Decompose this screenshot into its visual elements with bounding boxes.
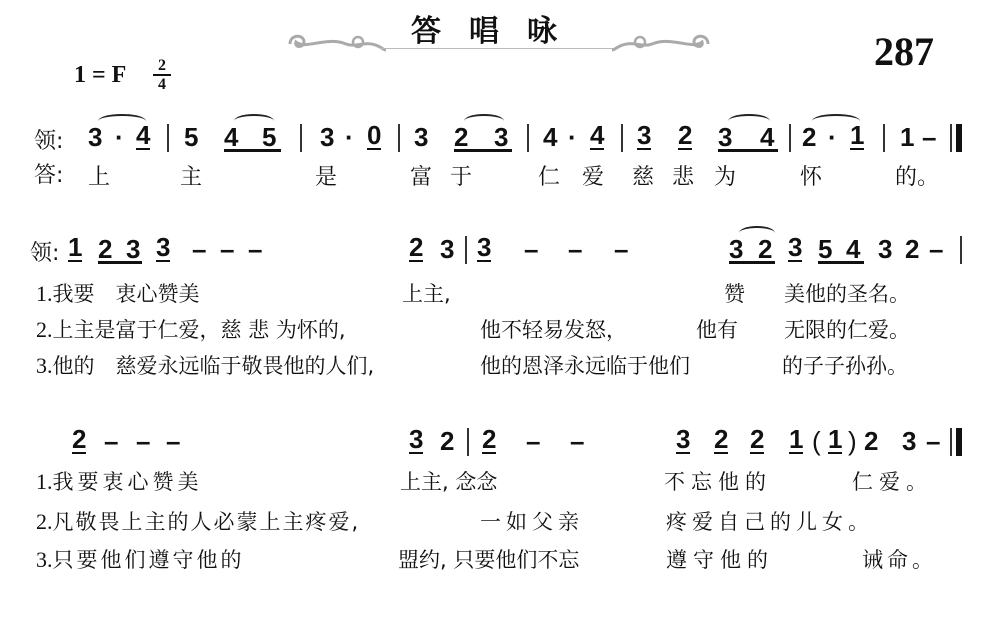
verse-1b-part-c: 不忘他的 bbox=[664, 466, 772, 496]
dash: – bbox=[192, 234, 206, 265]
response-label: 答: bbox=[34, 158, 63, 189]
dot: · bbox=[115, 122, 124, 153]
note: 2 bbox=[714, 426, 728, 454]
note: 4 bbox=[590, 122, 604, 150]
verse-1b: 1.我要衷心赞美 bbox=[36, 466, 203, 496]
lyric: 为 bbox=[714, 160, 736, 191]
dash: – bbox=[929, 234, 943, 265]
note: 3 bbox=[414, 122, 428, 153]
dot: · bbox=[345, 122, 354, 153]
verse-3b: 3.只要他们遵守他的 bbox=[36, 544, 245, 574]
leader-label: 领: bbox=[34, 124, 63, 155]
time-sig-bottom: 4 bbox=[152, 77, 172, 92]
lyric: 于 bbox=[450, 160, 472, 191]
note: 3 bbox=[878, 234, 892, 265]
lyric: 爱 bbox=[582, 160, 604, 191]
verse-2-part-b: 他不轻易发怒， bbox=[480, 314, 627, 344]
lyric: 怀 bbox=[800, 160, 822, 191]
note: 3 bbox=[440, 234, 454, 265]
note: 2 bbox=[864, 426, 878, 457]
leader-label-2: 领: bbox=[30, 236, 59, 267]
dash: – bbox=[568, 234, 582, 265]
right-ornament-icon bbox=[612, 30, 712, 54]
dash: – bbox=[104, 426, 118, 457]
verse-2b: 2.凡敬畏上主的人必蒙上主疼爱, bbox=[36, 506, 360, 536]
lyric: 主 bbox=[180, 160, 202, 191]
dash: – bbox=[248, 234, 262, 265]
verse-3: 3.他的 慈爱永远临于敬畏他的人们, bbox=[36, 350, 374, 380]
hymn-number: 287 bbox=[874, 28, 934, 75]
note: 4 bbox=[543, 122, 557, 153]
note: 5 bbox=[184, 122, 198, 153]
verse-1b-part-d: 仁爱。 bbox=[852, 466, 933, 496]
lyric: 悲 bbox=[672, 160, 694, 191]
note: 3 bbox=[156, 234, 170, 262]
lyric: 的。 bbox=[895, 160, 939, 191]
note: 2 bbox=[482, 426, 496, 454]
verse-1b-part-b: 上主, 念念 bbox=[400, 466, 497, 496]
dash: – bbox=[166, 426, 180, 457]
dash: – bbox=[922, 122, 936, 153]
verse-3b-part-b: 盟约, 只要他们不忘 bbox=[398, 544, 579, 574]
lyric: 富 bbox=[410, 160, 432, 191]
verse-3-part-d: 的子子孙孙。 bbox=[782, 350, 908, 380]
note: 0 bbox=[367, 122, 381, 150]
note: 1 bbox=[828, 426, 842, 454]
dash: – bbox=[614, 234, 628, 265]
note: 2 bbox=[440, 426, 454, 457]
open-paren: ( bbox=[812, 426, 821, 457]
lyric: 上 bbox=[88, 160, 110, 191]
note: 4 bbox=[136, 122, 150, 150]
dot: · bbox=[568, 122, 577, 153]
lyric: 慈 bbox=[632, 160, 654, 191]
note: 1 bbox=[789, 426, 803, 454]
note: 3 bbox=[320, 122, 334, 153]
time-sig-top: 2 bbox=[152, 58, 172, 73]
verse-1-part-c: 赞 bbox=[724, 278, 745, 308]
dash: – bbox=[220, 234, 234, 265]
note: 1 bbox=[900, 122, 914, 153]
verse-1-part-b: 上主, bbox=[402, 278, 451, 308]
note: 3 bbox=[788, 234, 802, 262]
note: 3 bbox=[477, 234, 491, 262]
dash: – bbox=[526, 426, 540, 457]
note: 2 bbox=[750, 426, 764, 454]
verse-2b-part-c: 疼爱自己的儿女。 bbox=[666, 506, 874, 536]
time-signature: 2 4 bbox=[152, 58, 172, 92]
dash: – bbox=[570, 426, 584, 457]
close-paren: ) bbox=[848, 426, 857, 457]
verse-1: 1.我要 衷心赞美 bbox=[36, 278, 200, 308]
note: 3 bbox=[676, 426, 690, 454]
left-ornament-icon bbox=[286, 30, 386, 54]
verse-2-part-c: 他有 bbox=[696, 314, 738, 344]
dot: · bbox=[828, 122, 837, 153]
lyric: 仁 bbox=[538, 160, 560, 191]
dash: – bbox=[926, 426, 940, 457]
note: 2 bbox=[72, 426, 86, 454]
key-signature: 1 = F bbox=[74, 62, 126, 89]
verse-2b-part-b: 一如父亲 bbox=[480, 506, 584, 536]
verse-3b-part-d: 诫命。 bbox=[862, 544, 937, 574]
hymn-title: 答唱咏 bbox=[0, 6, 996, 50]
dash: – bbox=[136, 426, 150, 457]
note: 2 bbox=[409, 234, 423, 262]
note: 3 bbox=[902, 426, 916, 457]
note: 3 bbox=[88, 122, 102, 153]
note: 3 bbox=[409, 426, 423, 454]
note: 2 bbox=[678, 122, 692, 150]
note: 2 bbox=[802, 122, 816, 153]
title-rule bbox=[380, 48, 616, 49]
verse-3-part-b: 他的恩泽永远临于他们 bbox=[480, 350, 690, 380]
note: 2 bbox=[905, 234, 919, 265]
note: 1 bbox=[850, 122, 864, 150]
note: 3 bbox=[637, 122, 651, 150]
verse-3b-part-c: 遵守他的 bbox=[666, 544, 774, 574]
dash: – bbox=[524, 234, 538, 265]
note: 1 bbox=[68, 234, 82, 262]
verse-2-part-d: 无限的仁爱。 bbox=[784, 314, 910, 344]
verse-2: 2.上主是富于仁爱，慈 悲 为怀的, bbox=[36, 314, 346, 344]
verse-1-part-d: 美他的圣名。 bbox=[784, 278, 910, 308]
lyric: 是 bbox=[315, 160, 337, 191]
